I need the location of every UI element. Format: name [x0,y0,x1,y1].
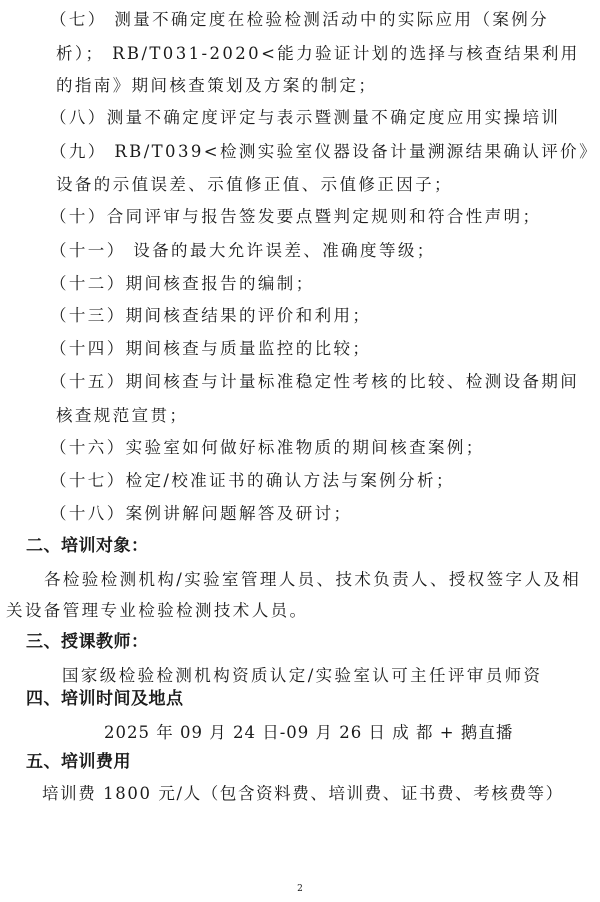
item-12: （十二）期间核查报告的编制； [50,273,315,295]
item-15-line-1: （十五）期间核查与计量标准稳定性考核的比较、检测设备期间 [50,371,579,393]
item-18: （十八）案例讲解问题解答及研讨； [50,503,352,525]
item-7-line-2: 析）； RB/T031-2020<能力验证计划的选择与核查结果利用 [56,43,580,65]
item-17: （十七）检定/校准证书的确认方法与案例分析； [50,470,455,492]
target-line-1: 各检验检测机构/实验室管理人员、技术负责人、授权签字人及相 [44,569,581,591]
item-9-line-2: 设备的示值误差、示值修正值、示值修正因子； [56,174,453,196]
fee-line: 培训费 1800 元/人（包含资料费、培训费、证书费、考核费等） [42,783,564,805]
item-13: （十三）期间核查结果的评价和利用； [50,305,371,327]
section-heading-fee: 五、培训费用 [26,751,131,773]
item-7-line-3: 的指南》期间核查策划及方案的制定； [56,75,377,97]
item-9-line-1: （九） RB/T039<检测实验室仪器设备计量溯源结果确认评价》 [50,141,598,163]
item-11: （十一） 设备的最大允许误差、准确度等级； [50,240,436,262]
teacher-line: 国家级检验检测机构资质认定/实验室认可主任评审员师资 [62,665,542,687]
target-line-2: 关设备管理专业检验检测技术人员。 [6,600,308,622]
section-heading-teacher: 三、授课教师： [26,631,149,653]
item-15-line-2: 核查规范宣贯； [56,405,188,427]
section-heading-time-place: 四、培训时间及地点 [26,688,184,710]
page-number: 2 [0,884,600,894]
time-place-line: 2025 年 09 月 24 日-09 月 26 日 成 都 + 鹅直播 [104,722,513,744]
item-16: （十六）实验室如何做好标准物质的期间核查案例； [50,437,485,459]
item-7-line-1: （七） 测量不确定度在检验检测活动中的实际应用（案例分 [50,9,549,31]
item-8: （八）测量不确定度评定与表示暨测量不确定度应用实操培训 [50,107,560,129]
section-heading-target: 二、培训对象： [26,535,149,557]
item-10: （十）合同评审与报告签发要点暨判定规则和符合性声明； [50,206,541,228]
item-14: （十四）期间核查与质量监控的比较； [50,338,371,360]
